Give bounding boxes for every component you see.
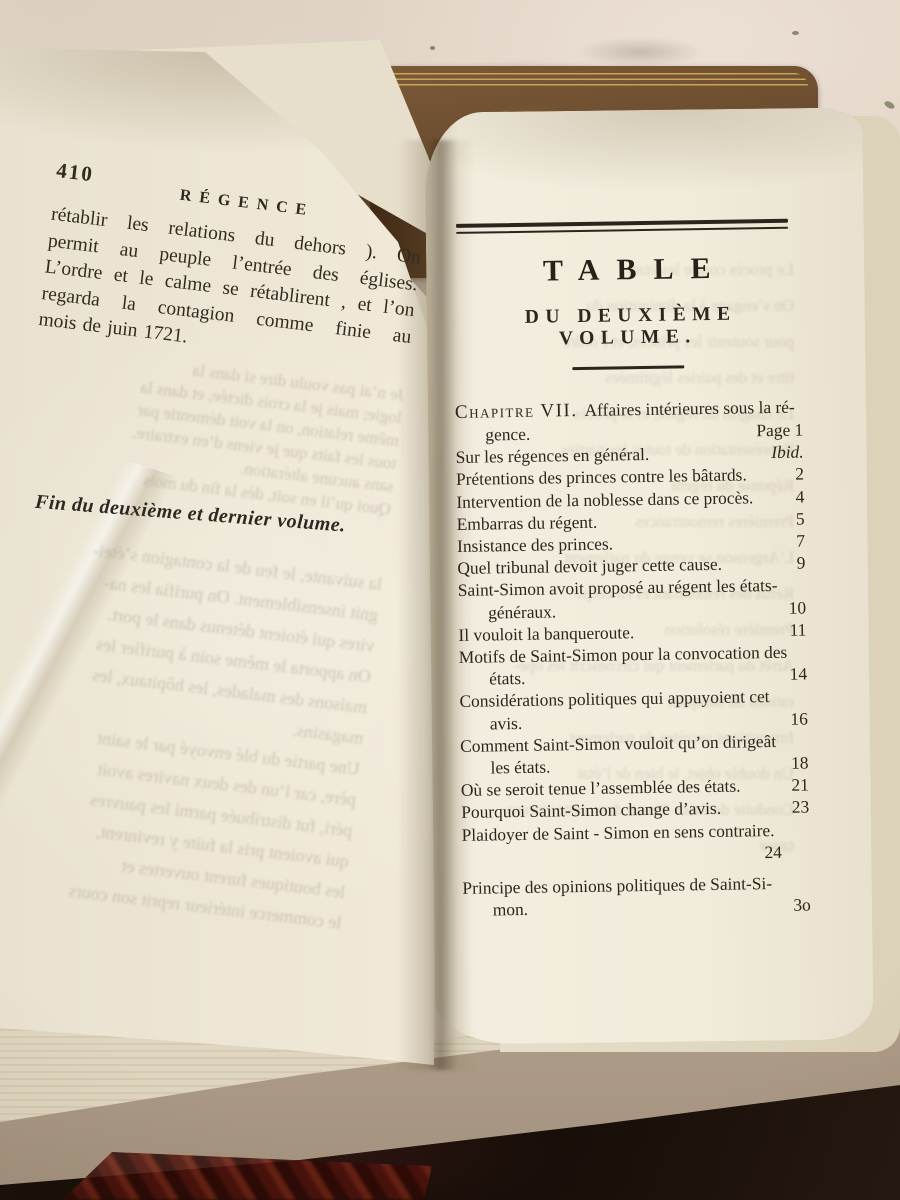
entry-page-number: 21	[791, 774, 809, 796]
toc-entry: Saint-Simon avoit proposé au régent les …	[458, 574, 807, 624]
entry-page-number: 10	[789, 596, 807, 618]
toc-entry: Comment Saint-Simon vouloit qu’on dirige…	[460, 729, 809, 779]
running-header: RÉGENCE	[179, 187, 315, 221]
entry-page-number: Ibid.	[771, 441, 804, 464]
entry-page-number: 5	[796, 507, 805, 529]
toc-entry: Motifs de Saint-Simon pour la convocatio…	[459, 641, 808, 691]
toc-title: TABLE	[452, 250, 800, 289]
toc-entry: Chapitre VII.Affaires intérieures sous l…	[455, 395, 804, 446]
toc-subtitle: DU DEUXIÈME VOLUME.	[453, 302, 802, 351]
entry-page-number: 7	[796, 530, 805, 552]
entry-page-number: 14	[790, 663, 808, 685]
entry-page-number: 2	[795, 463, 804, 485]
entry-page-number: Page 1	[756, 419, 803, 442]
toc-entry: Considérations politiques qui appuyoient…	[459, 685, 808, 735]
toc-divider-rule	[572, 365, 684, 370]
dust-speck	[430, 46, 435, 50]
toc-entry: Principe des opinions politiques de Sain…	[462, 872, 811, 922]
toc-entries: Chapitre VII.Affaires intérieures sous l…	[455, 395, 811, 921]
entry-page-number: 16	[790, 707, 808, 729]
entry-page-number: 3o	[793, 894, 811, 916]
entry-page-number: 18	[791, 752, 809, 774]
entry-page-number: 4	[795, 485, 804, 507]
entry-page-number: 23	[792, 796, 810, 818]
entry-text: Affaires intérieures sous la ré-	[584, 395, 803, 421]
page-number: 410	[55, 158, 95, 187]
show-through-text-lower: la suivante, le feu de la contagion s’ét…	[0, 525, 384, 938]
entry-page-number: 24	[764, 841, 782, 863]
book-photograph: 410 RÉGENCE rétablir les relations du de…	[0, 0, 900, 1200]
table-of-contents: TABLE DU DEUXIÈME VOLUME. Chapitre VII.A…	[452, 219, 811, 922]
toc-entry: Plaidoyer de Saint - Simon en sens contr…	[461, 818, 810, 868]
entry-page-number: 9	[796, 552, 805, 574]
dust-speck	[792, 31, 799, 35]
entry-page-number: 11	[789, 618, 806, 640]
chapter-label: Chapitre VII.	[455, 400, 578, 424]
